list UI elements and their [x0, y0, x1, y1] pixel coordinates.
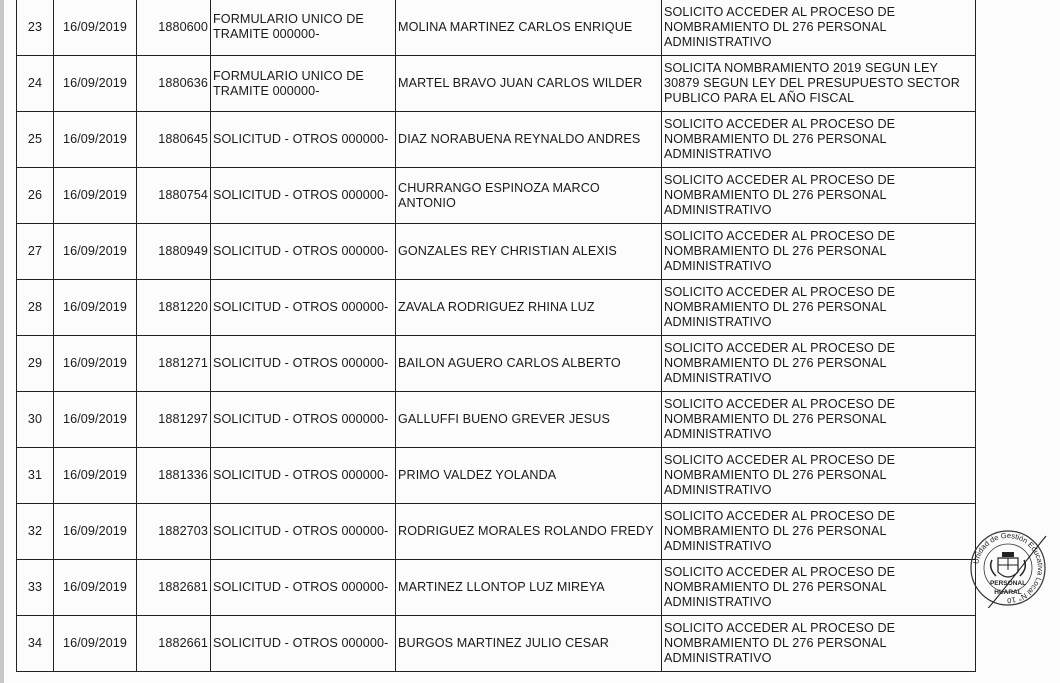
row-expediente: 1882681: [137, 560, 211, 616]
row-date: 16/09/2019: [54, 112, 137, 168]
table-row: 2416/09/20191880636FORMULARIO UNICO DE T…: [17, 56, 976, 112]
row-date: 16/09/2019: [54, 224, 137, 280]
table-row: 3216/09/20191882703SOLICITUD - OTROS 000…: [17, 504, 976, 560]
page-edge: [0, 0, 4, 683]
row-applicant-name: MARTEL BRAVO JUAN CARLOS WILDER: [396, 56, 662, 112]
row-applicant-name: RODRIGUEZ MORALES ROLANDO FREDY: [396, 504, 662, 560]
table-row: 2316/09/20191880600FORMULARIO UNICO DE T…: [17, 0, 976, 56]
row-date: 16/09/2019: [54, 560, 137, 616]
table-row: 2716/09/20191880949SOLICITUD - OTROS 000…: [17, 224, 976, 280]
row-number: 26: [17, 168, 54, 224]
row-subject: SOLICITO ACCEDER AL PROCESO DE NOMBRAMIE…: [662, 112, 976, 168]
row-expediente: 1880600: [137, 0, 211, 56]
row-expediente: 1880949: [137, 224, 211, 280]
row-applicant-name: CHURRANGO ESPINOZA MARCO ANTONIO: [396, 168, 662, 224]
row-subject: SOLICITO ACCEDER AL PROCESO DE NOMBRAMIE…: [662, 560, 976, 616]
row-applicant-name: DIAZ NORABUENA REYNALDO ANDRES: [396, 112, 662, 168]
table-row: 3116/09/20191881336SOLICITUD - OTROS 000…: [17, 448, 976, 504]
row-subject: SOLICITO ACCEDER AL PROCESO DE NOMBRAMIE…: [662, 392, 976, 448]
stamp-bottom-text: HUARAL: [994, 589, 1021, 596]
row-number: 25: [17, 112, 54, 168]
row-number: 24: [17, 56, 54, 112]
row-date: 16/09/2019: [54, 56, 137, 112]
row-document-type: SOLICITUD - OTROS 000000-: [211, 112, 396, 168]
official-stamp: Unidad de Gestión Educativa Local N° 10 …: [968, 528, 1048, 608]
row-subject: SOLICITO ACCEDER AL PROCESO DE NOMBRAMIE…: [662, 168, 976, 224]
table-row: 3016/09/20191881297SOLICITUD - OTROS 000…: [17, 392, 976, 448]
row-expediente: 1880636: [137, 56, 211, 112]
row-expediente: 1881336: [137, 448, 211, 504]
row-expediente: 1880754: [137, 168, 211, 224]
row-applicant-name: MOLINA MARTINEZ CARLOS ENRIQUE: [396, 0, 662, 56]
row-date: 16/09/2019: [54, 168, 137, 224]
row-number: 30: [17, 392, 54, 448]
row-date: 16/09/2019: [54, 392, 137, 448]
row-date: 16/09/2019: [54, 280, 137, 336]
row-number: 29: [17, 336, 54, 392]
row-subject: SOLICITO ACCEDER AL PROCESO DE NOMBRAMIE…: [662, 448, 976, 504]
row-document-type: SOLICITUD - OTROS 000000-: [211, 168, 396, 224]
row-subject: SOLICITO ACCEDER AL PROCESO DE NOMBRAMIE…: [662, 336, 976, 392]
row-document-type: SOLICITUD - OTROS 000000-: [211, 616, 396, 672]
table-row: 3316/09/20191882681SOLICITUD - OTROS 000…: [17, 560, 976, 616]
registry-table: 2316/09/20191880600FORMULARIO UNICO DE T…: [16, 0, 976, 672]
row-number: 33: [17, 560, 54, 616]
row-date: 16/09/2019: [54, 448, 137, 504]
row-applicant-name: BURGOS MARTINEZ JULIO CESAR: [396, 616, 662, 672]
row-document-type: SOLICITUD - OTROS 000000-: [211, 560, 396, 616]
row-number: 32: [17, 504, 54, 560]
row-document-type: SOLICITUD - OTROS 000000-: [211, 224, 396, 280]
row-date: 16/09/2019: [54, 616, 137, 672]
row-date: 16/09/2019: [54, 504, 137, 560]
row-subject: SOLICITO ACCEDER AL PROCESO DE NOMBRAMIE…: [662, 504, 976, 560]
row-expediente: 1880645: [137, 112, 211, 168]
row-applicant-name: ZAVALA RODRIGUEZ RHINA LUZ: [396, 280, 662, 336]
row-number: 27: [17, 224, 54, 280]
row-document-type: FORMULARIO UNICO DE TRAMITE 000000-: [211, 0, 396, 56]
row-document-type: FORMULARIO UNICO DE TRAMITE 000000-: [211, 56, 396, 112]
table-row: 2816/09/20191881220SOLICITUD - OTROS 000…: [17, 280, 976, 336]
row-subject: SOLICITA NOMBRAMIENTO 2019 SEGUN LEY 308…: [662, 56, 976, 112]
table-row: 3416/09/20191882661SOLICITUD - OTROS 000…: [17, 616, 976, 672]
row-applicant-name: BAILON AGUERO CARLOS ALBERTO: [396, 336, 662, 392]
row-subject: SOLICITO ACCEDER AL PROCESO DE NOMBRAMIE…: [662, 616, 976, 672]
peru-coat-of-arms-icon: [991, 552, 1026, 577]
row-expediente: 1882661: [137, 616, 211, 672]
row-subject: SOLICITO ACCEDER AL PROCESO DE NOMBRAMIE…: [662, 224, 976, 280]
row-document-type: SOLICITUD - OTROS 000000-: [211, 336, 396, 392]
row-number: 34: [17, 616, 54, 672]
row-expediente: 1881220: [137, 280, 211, 336]
table-row: 2516/09/20191880645SOLICITUD - OTROS 000…: [17, 112, 976, 168]
table-row: 2616/09/20191880754SOLICITUD - OTROS 000…: [17, 168, 976, 224]
row-document-type: SOLICITUD - OTROS 000000-: [211, 280, 396, 336]
row-document-type: SOLICITUD - OTROS 000000-: [211, 448, 396, 504]
row-date: 16/09/2019: [54, 336, 137, 392]
row-document-type: SOLICITUD - OTROS 000000-: [211, 392, 396, 448]
scanned-page: 2316/09/20191880600FORMULARIO UNICO DE T…: [0, 0, 1060, 683]
row-subject: SOLICITO ACCEDER AL PROCESO DE NOMBRAMIE…: [662, 0, 976, 56]
row-expediente: 1882703: [137, 504, 211, 560]
row-applicant-name: PRIMO VALDEZ YOLANDA: [396, 448, 662, 504]
row-number: 31: [17, 448, 54, 504]
row-applicant-name: MARTINEZ LLONTOP LUZ MIREYA: [396, 560, 662, 616]
table-row: 2916/09/20191881271SOLICITUD - OTROS 000…: [17, 336, 976, 392]
row-applicant-name: GONZALES REY CHRISTIAN ALEXIS: [396, 224, 662, 280]
row-document-type: SOLICITUD - OTROS 000000-: [211, 504, 396, 560]
row-expediente: 1881271: [137, 336, 211, 392]
row-applicant-name: GALLUFFI BUENO GREVER JESUS: [396, 392, 662, 448]
row-number: 23: [17, 0, 54, 56]
row-subject: SOLICITO ACCEDER AL PROCESO DE NOMBRAMIE…: [662, 280, 976, 336]
row-date: 16/09/2019: [54, 0, 137, 56]
row-number: 28: [17, 280, 54, 336]
row-expediente: 1881297: [137, 392, 211, 448]
